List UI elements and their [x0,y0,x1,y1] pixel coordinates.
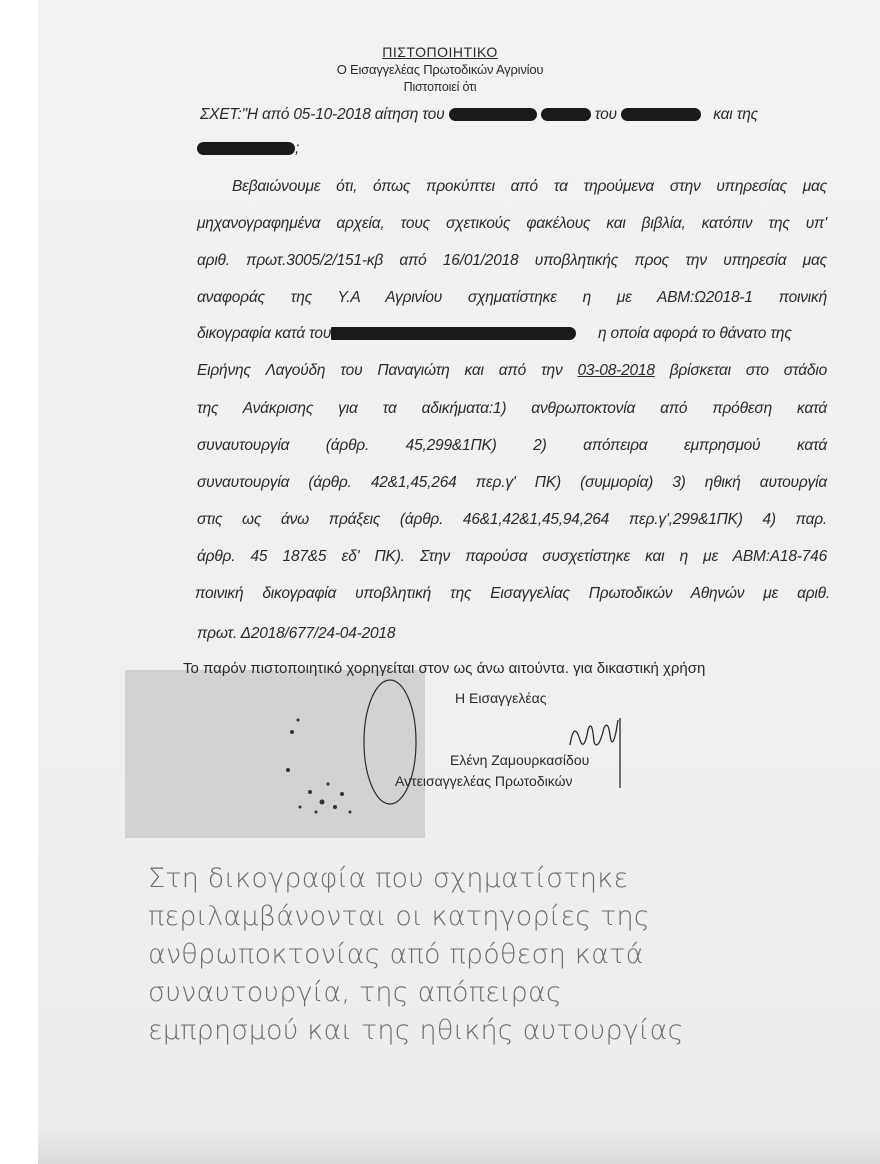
subject-and: και της [713,106,758,123]
redaction-bar [449,108,537,121]
document-issuer: Ο Εισαγγελέας Πρωτοδικών Αγρινίου [0,62,880,77]
caption-line: συναυτουργία, της απόπειρας [148,974,788,1012]
signatory-title: Αντεισαγγελέας Πρωτοδικών [395,773,573,789]
caption-line: ανθρωποκτονίας από πρόθεση κατά [148,936,788,974]
subject-mid: του [595,106,617,123]
redaction-bar [621,108,701,121]
redaction-bar [331,327,576,340]
paper-torn-edge [38,1130,880,1164]
signatory-name: Ελένη Ζαμουρκασίδου [450,752,589,768]
body-line-accused: δικογραφία κατά του [197,325,576,343]
body-line-accused-suffix: η οποία αφορά το θάνατο της [598,325,792,343]
body-line: αριθ. πρωτ.3005/2/151-κβ από 16/01/2018 … [197,252,827,270]
body-text: δικογραφία κατά του [197,325,331,342]
protocol-line: πρωτ. Δ2018/677/24-04-2018 [197,625,395,643]
caption-line: εμπρησμού και της ηθικής αυτουργίας [148,1012,788,1050]
subject-end: ; [295,140,299,157]
signature-role: Η Εισαγγελέας [455,690,547,706]
caption-line: Στη δικογραφία που σχηματίστηκε [148,860,788,898]
caption-line: περιλαμβάνονται οι κατηγορίες της [148,898,788,936]
body-line: άρθρ. 45 187&5 εδ' ΠΚ). Στην παρούσα συσ… [197,548,827,566]
body-line: αναφοράς της Υ.Α Αγρινίου σχηματίστηκε η… [197,289,827,307]
body-line: ποινική δικογραφία υποβλητική της Εισαγγ… [195,585,830,603]
subject-prefix: ΣΧΕΤ:"Η από 05-10-2018 αίτηση του [200,106,444,123]
redaction-bar [197,142,295,155]
body-line-date: Ειρήνης Λαγούδη του Παναγιώτη και από τη… [197,362,827,380]
body-text: βρίσκεται στο στάδιο [670,362,827,379]
official-stamp-icon [280,672,430,837]
photo-caption: Στη δικογραφία που σχηματίστηκε περιλαμβ… [148,860,788,1050]
body-line: Βεβαιώνουμε ότι, όπως προκύπτει από τα τ… [232,178,827,196]
body-line: μηχανογραφημένα αρχεία, τους σχετικούς φ… [197,215,827,233]
body-line: συναυτουργία (άρθρ. 42&1,45,264 περ.γ' Π… [197,474,827,492]
subject-line-2: ; [197,140,299,158]
body-text: Ειρήνης Λαγούδη του Παναγιώτη και από τη… [197,362,563,379]
subject-line: ΣΧΕΤ:"Η από 05-10-2018 αίτηση του του κα… [200,106,758,124]
redaction-bar [541,108,591,121]
document-certifies: Πιστοποιεί ότι [0,80,880,94]
underlined-date: 03-08-2018 [577,362,654,379]
body-line: συναυτουργία (άρθρ. 45,299&1ΠΚ) 2) απόπε… [197,437,827,455]
body-line: της Ανάκρισης για τα αδικήματα:1) ανθρωπ… [197,400,827,418]
body-line: στις ως άνω πράξεις (άρθρ. 46&1,42&1,45,… [197,511,827,529]
document-title: ΠΙΣΤΟΠΟΙΗΤΙΚΟ [0,44,880,60]
closing-line: Το παρόν πιστοποιητικό χορηγείται στον ω… [183,660,705,677]
